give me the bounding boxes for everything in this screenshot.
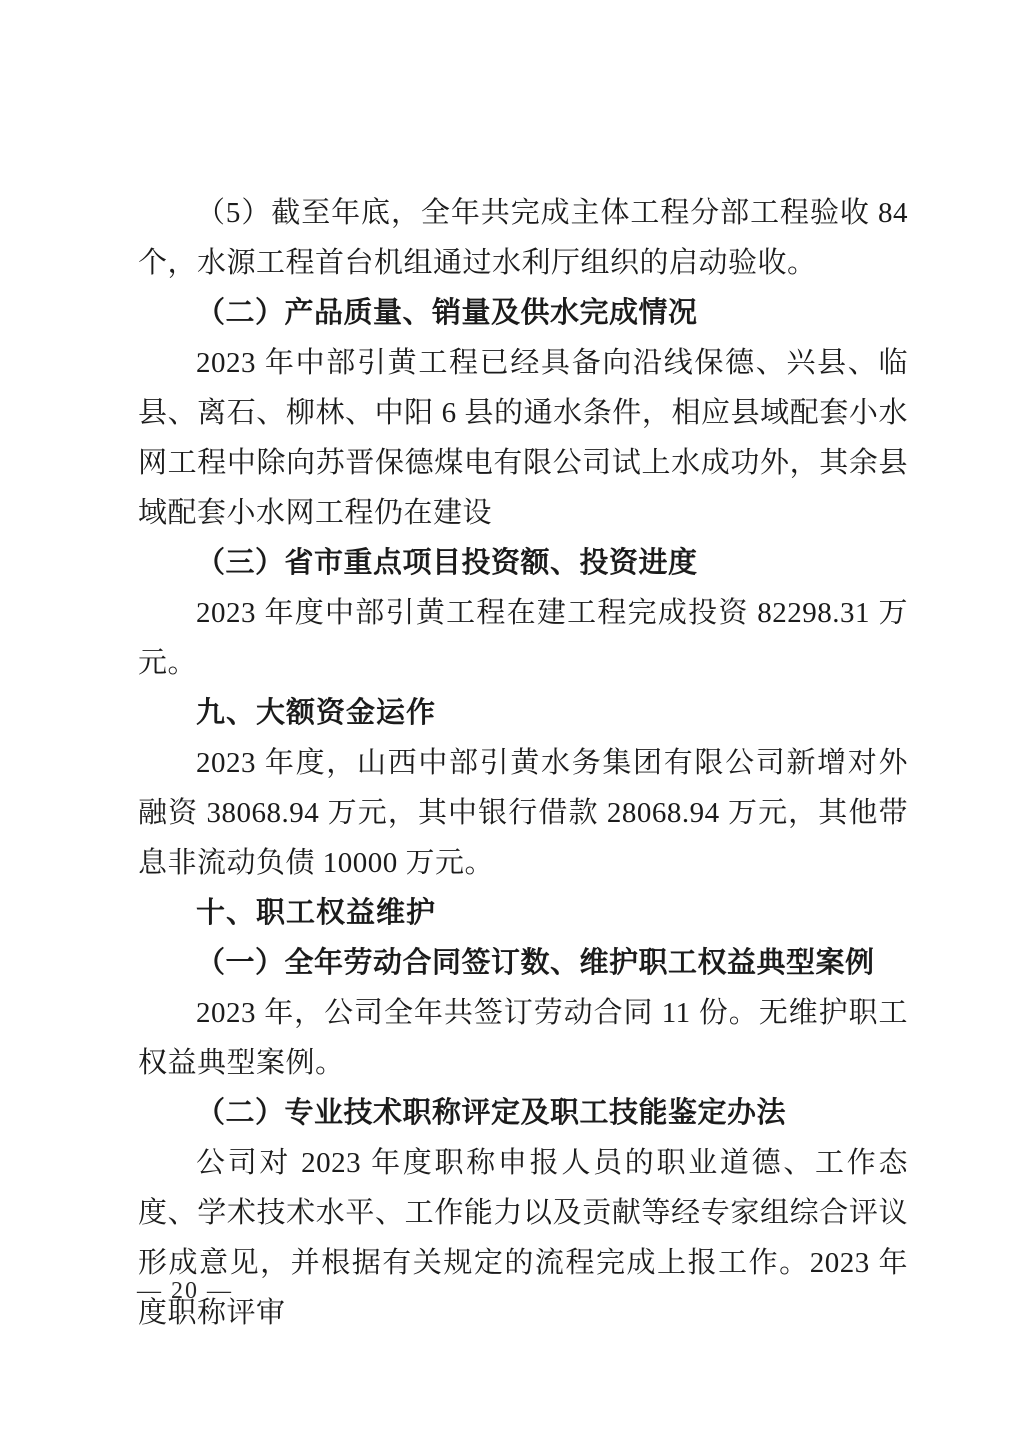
paragraph-water-supply: 2023 年中部引黄工程已经具备向沿线保德、兴县、临县、离石、柳林、中阳 6 县… <box>138 338 908 538</box>
paragraph-investment-amount: 2023 年度中部引黄工程在建工程完成投资 82298.31 万元。 <box>138 588 908 688</box>
page-footer: — 20 — <box>137 1276 233 1306</box>
page-number: — 20 — <box>137 1278 233 1304</box>
paragraph-contracts-signed: 2023 年，公司全年共签订劳动合同 11 份。无维护职工权益典型案例。 <box>138 988 908 1088</box>
sub-heading-labor-contracts: （一）全年劳动合同签订数、维护职工权益典型案例 <box>138 938 908 988</box>
section-heading-large-funds: 九、大额资金运作 <box>138 688 908 738</box>
paragraph-completion-acceptance: （5）截至年底，全年共完成主体工程分部工程验收 84 个，水源工程首台机组通过水… <box>138 188 908 288</box>
sub-heading-key-project-investment: （三）省市重点项目投资额、投资进度 <box>138 538 908 588</box>
sub-heading-title-evaluation: （二）专业技术职称评定及职工技能鉴定办法 <box>138 1088 908 1138</box>
paragraph-title-review: 公司对 2023 年度职称申报人员的职业道德、工作态度、学术技术水平、工作能力以… <box>138 1138 908 1338</box>
document-body: （5）截至年底，全年共完成主体工程分部工程验收 84 个，水源工程首台机组通过水… <box>138 188 908 1338</box>
document-page: （5）截至年底，全年共完成主体工程分部工程验收 84 个，水源工程首台机组通过水… <box>0 0 1024 1448</box>
sub-heading-product-quality: （二）产品质量、销量及供水完成情况 <box>138 288 908 338</box>
section-heading-employee-rights: 十、职工权益维护 <box>138 888 908 938</box>
paragraph-financing: 2023 年度，山西中部引黄水务集团有限公司新增对外融资 38068.94 万元… <box>138 738 908 888</box>
